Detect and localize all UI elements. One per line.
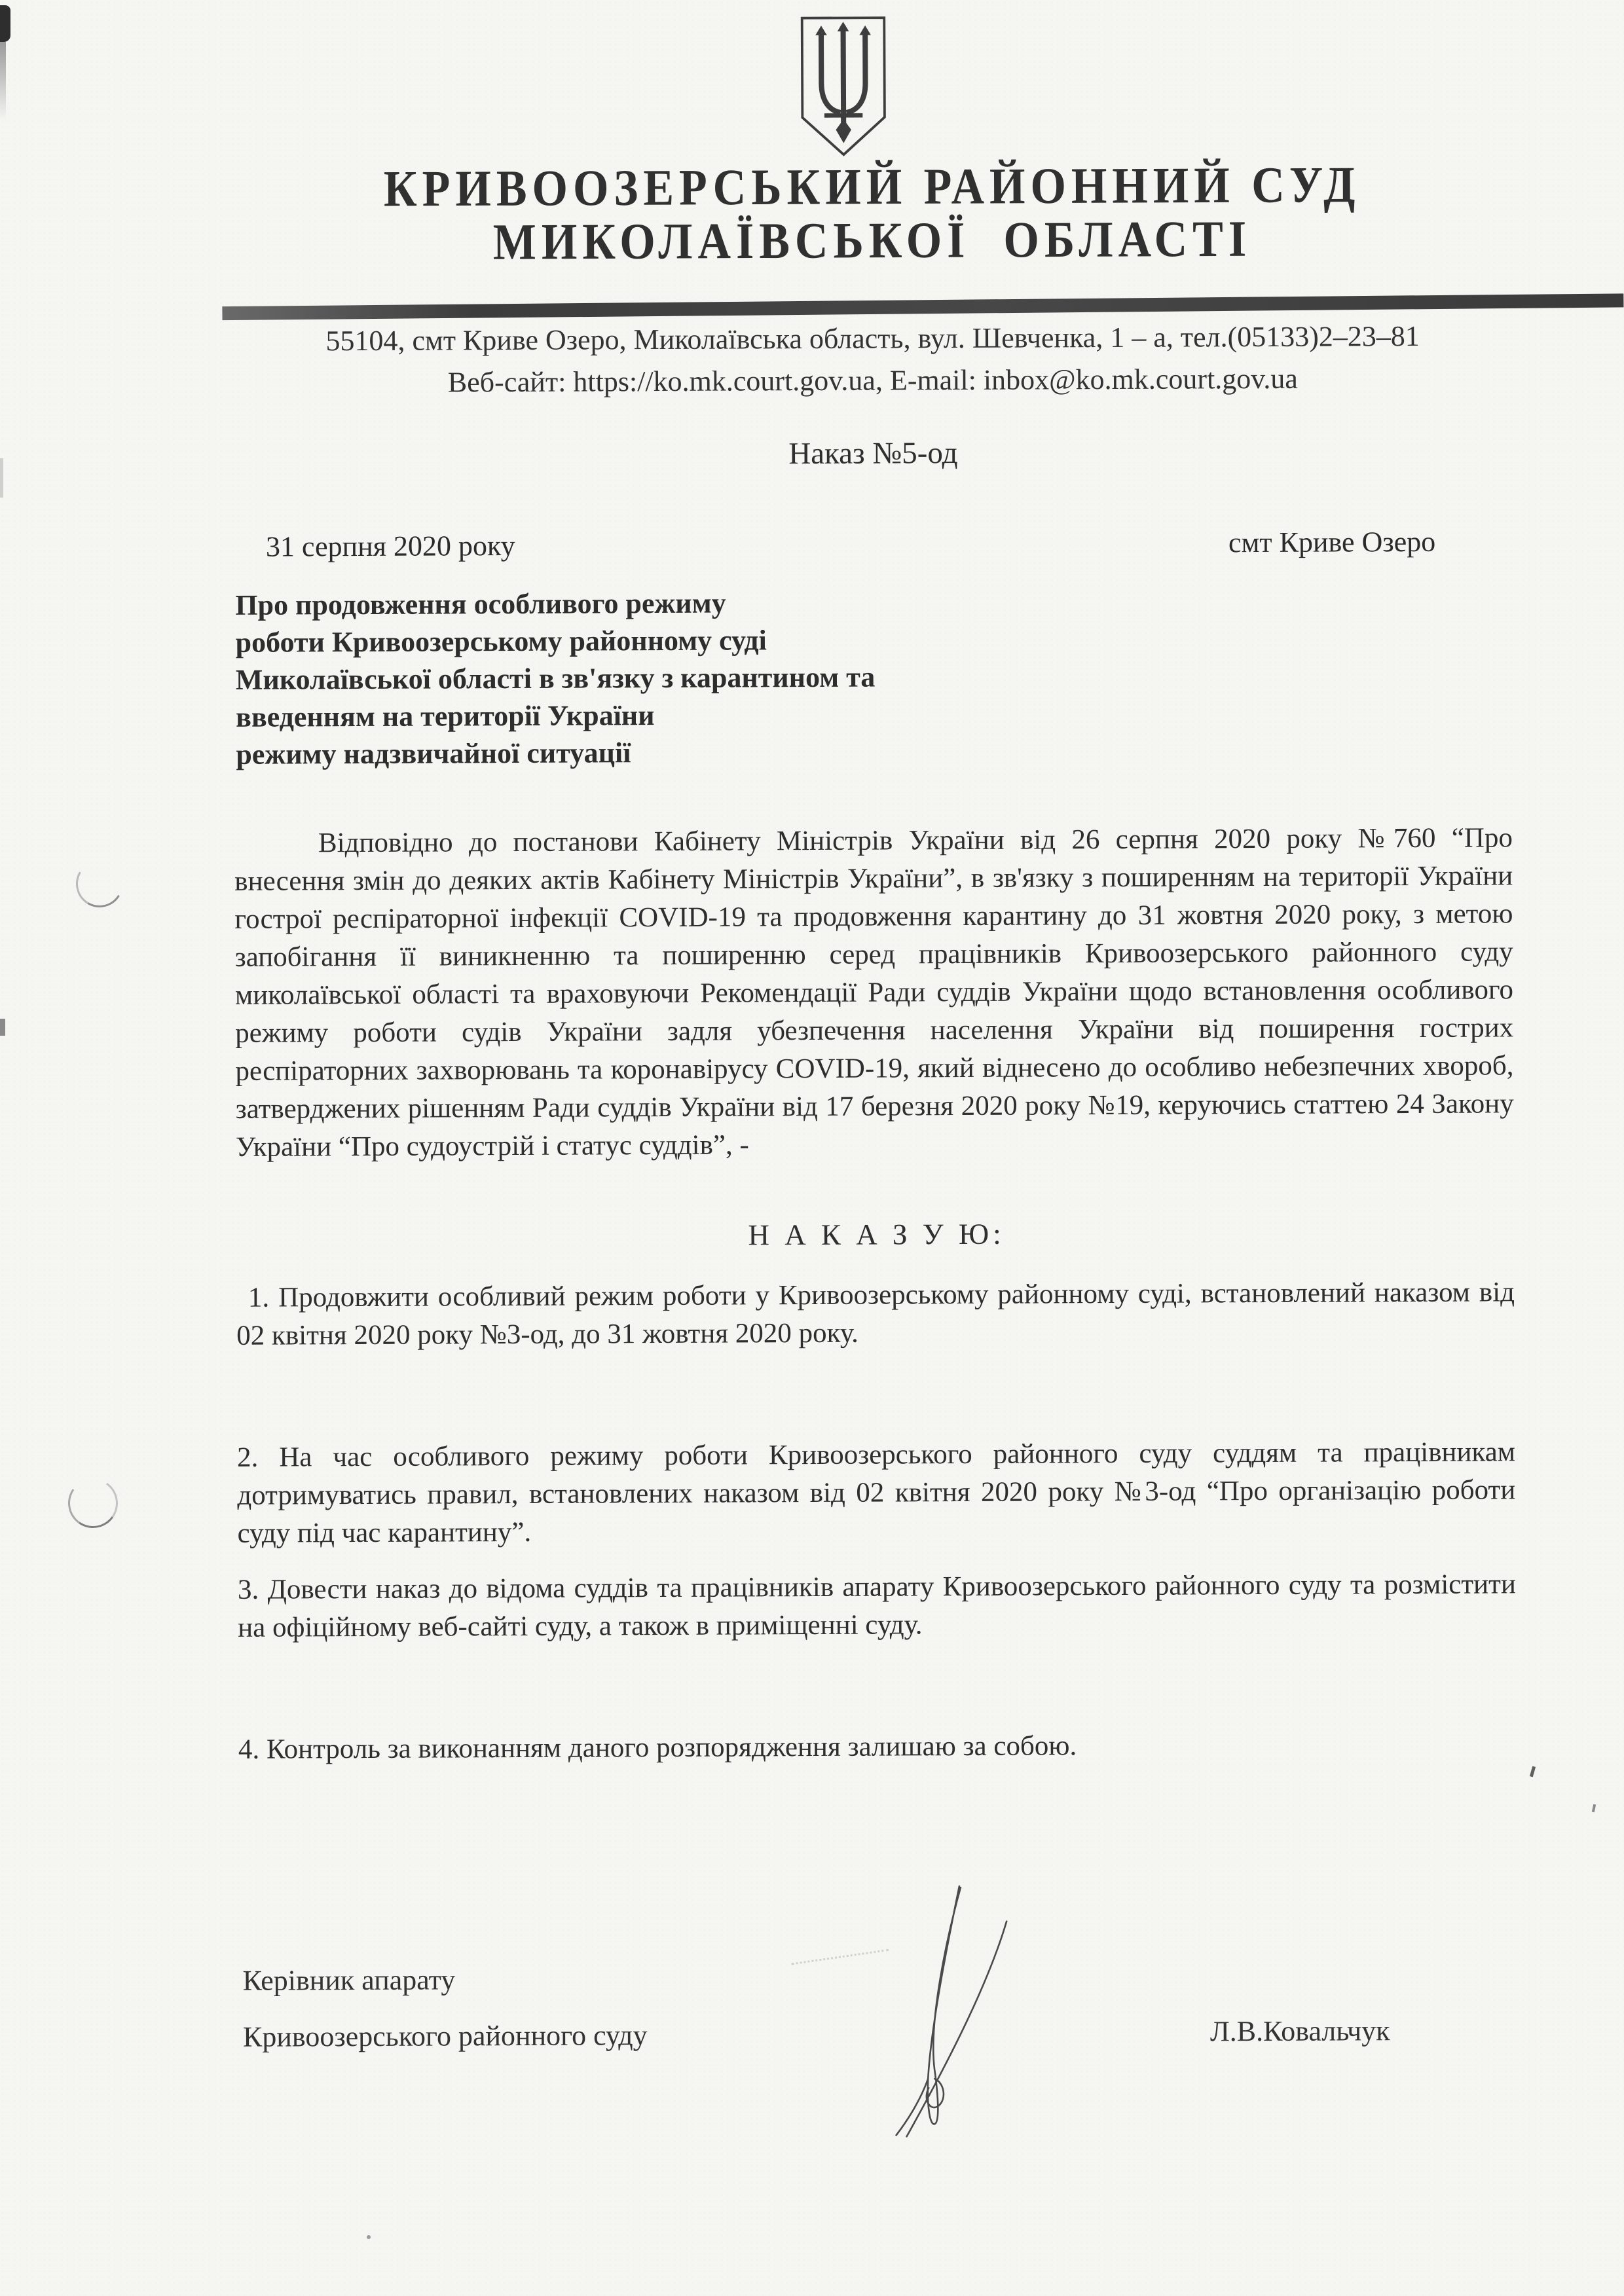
subject-line-3: Миколаївської області в зв'язку з карант… (236, 657, 1153, 699)
address-line: 55104, смт Криве Озеро, Миколаївська обл… (61, 318, 1624, 359)
court-name-line2: МИКОЛАЇВСЬКОЇ ОБЛАСТІ (60, 212, 1624, 270)
order-place: смт Криве Озеро (1228, 525, 1435, 559)
subject-line-4: введенням на території України (236, 695, 1153, 736)
decree-heading: Н А К А З У Ю: (64, 1214, 1624, 1255)
scanned-court-order-page: КРИВООЗЕРСЬКИЙ РАЙОННИЙ СУД МИКОЛАЇВСЬКО… (0, 0, 1624, 2296)
ukraine-trident-icon (795, 14, 891, 158)
scan-edge-blob (0, 5, 10, 42)
handwritten-signature (855, 1882, 1033, 2140)
scan-speck-bottom (367, 2235, 371, 2239)
signer-name: Л.В.Ковальчук (1210, 2014, 1390, 2048)
scan-edge-streak (0, 42, 6, 120)
order-preamble: Відповідно до постанови Кабінету Міністр… (234, 819, 1514, 1167)
scan-edge-speck (0, 1019, 5, 1036)
order-item-3: 3. Довести наказ до відома суддів та пра… (238, 1565, 1516, 1647)
order-date: 31 серпня 2020 року (266, 529, 515, 564)
order-item-4: 4. Контроль за виконанням даного розпоря… (238, 1725, 1517, 1769)
scan-edge-streak-2 (0, 458, 3, 498)
court-name-line1: КРИВООЗЕРСЬКИЙ РАЙОННИЙ СУД (60, 158, 1624, 217)
order-number-title: Наказ №5-од (61, 432, 1624, 475)
order-item-1: 1. Продовжити особливий режим роботи у К… (236, 1273, 1515, 1355)
document-content: КРИВООЗЕРСЬКИЙ РАЙОННИЙ СУД МИКОЛАЇВСЬКО… (0, 0, 1624, 2296)
order-item-2: 2. На час особливого режиму роботи Криво… (237, 1433, 1516, 1553)
header-divider-bar (222, 293, 1623, 320)
order-subject-block: Про продовження особливого режиму роботи… (235, 583, 1153, 773)
subject-line-2: роботи Кривоозерському районному суді (235, 620, 1152, 661)
signer-position-line2: Кривоозерського районного суду (243, 2018, 648, 2054)
subject-line-1: Про продовження особливого режиму (235, 583, 1152, 624)
subject-line-5: режиму надзвичайної ситуації (236, 732, 1153, 773)
contacts-line: Веб-сайт: https://ko.mk.court.gov.ua, E-… (61, 360, 1624, 401)
signer-position-line1: Керівник апарату (242, 1963, 455, 1997)
